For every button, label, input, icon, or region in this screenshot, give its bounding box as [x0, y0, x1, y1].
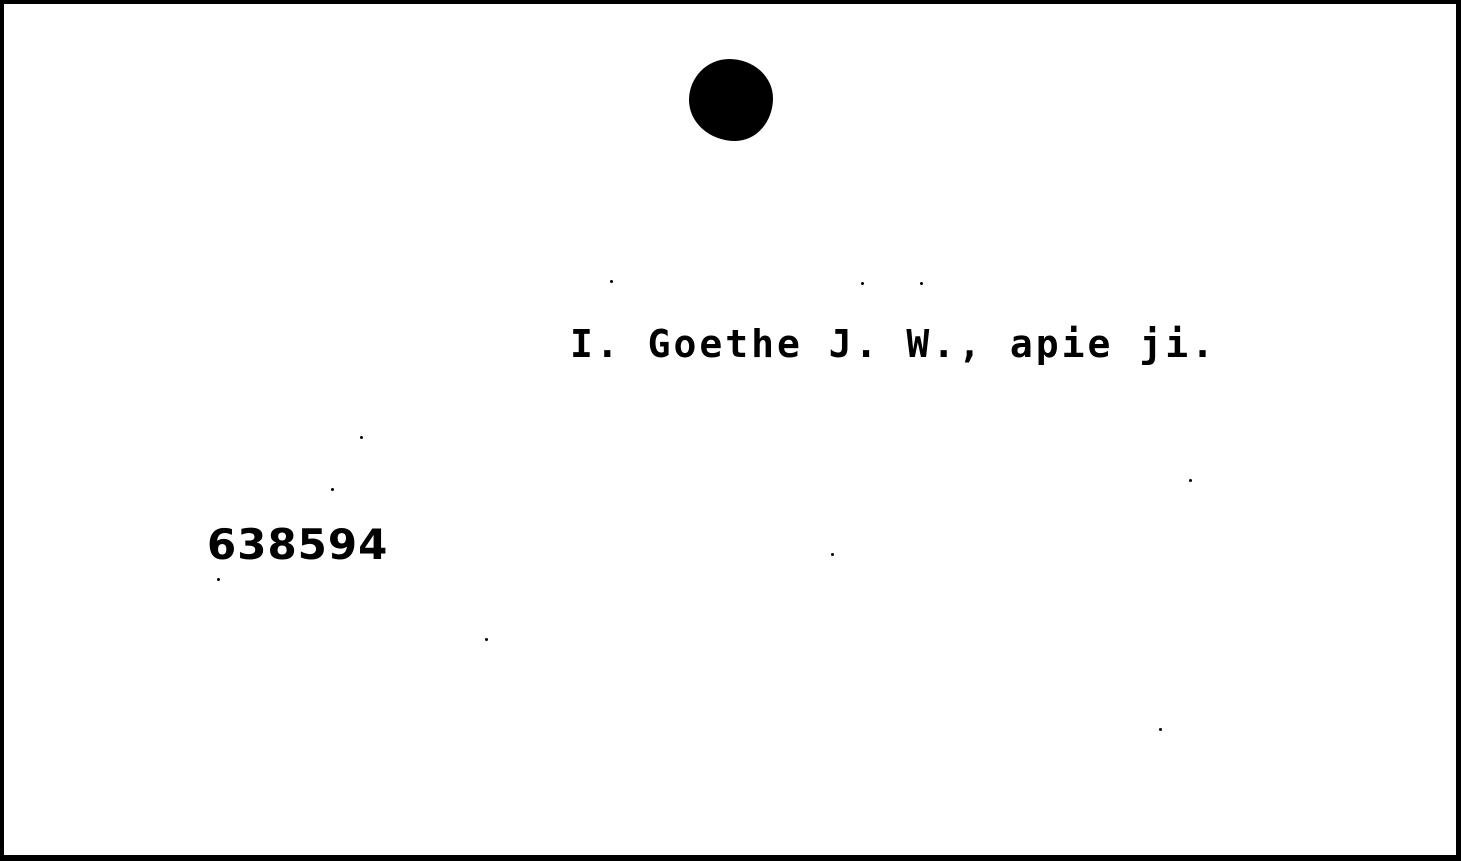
speck	[831, 553, 834, 556]
catalog-number: 638594	[207, 520, 388, 569]
card-entry-text: I. Goethe J. W., apie ji.	[570, 322, 1217, 366]
speck	[331, 488, 334, 491]
index-card: I. Goethe J. W., apie ji. 638594	[4, 4, 1456, 855]
speck	[485, 638, 488, 641]
speck	[217, 578, 220, 581]
speck	[360, 436, 363, 439]
speck	[1159, 728, 1162, 731]
speck	[920, 282, 923, 285]
punch-hole-icon	[689, 59, 773, 141]
speck	[610, 280, 613, 283]
speck	[861, 282, 864, 285]
speck	[1189, 479, 1192, 482]
